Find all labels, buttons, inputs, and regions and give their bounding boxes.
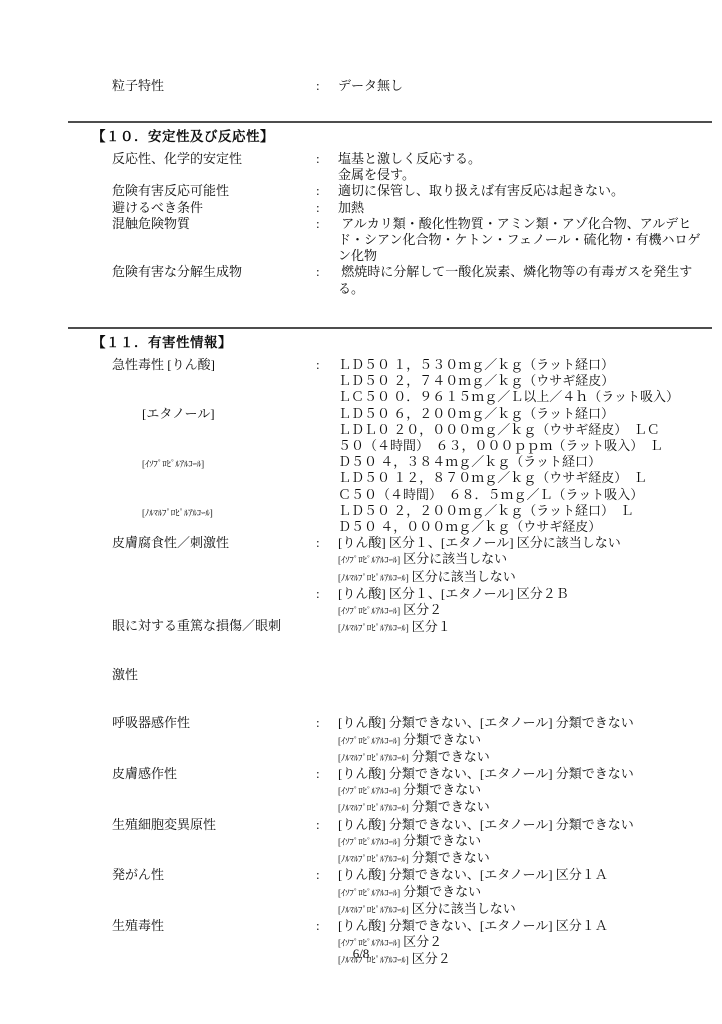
toxicity-value-line: Ｃ５０（４時間） ６８．５ｍｇ／Ｌ（ラット吸入） bbox=[338, 487, 722, 503]
classification-line: [りん酸] 分類できない、[エタノール] 区分１Ａ bbox=[338, 867, 722, 883]
chemical-tag-isopropyl: [ｲｿﾌﾟﾛﾋﾟﾙｱﾙｺｰﾙ] bbox=[338, 888, 400, 898]
toxicity-value-line: ＬＤ５０ １，５３０ｍｇ／ｋｇ（ラット経口） bbox=[338, 357, 722, 373]
classification-text: 区分２ bbox=[400, 602, 442, 617]
toxicity-value-line: ＬＤ５０ １２，８７０ｍｇ／ｋｇ（ウサギ経皮） Ｌ bbox=[338, 470, 722, 486]
respiratory-sensitization-row: 呼吸器感作性 : [りん酸] 分類できない、[エタノール] 分類できない [ｲｿ… bbox=[0, 715, 722, 766]
toxicity-value-line: ＬＤ５０ ２，２００ｍｇ／ｋｇ（ラット経口） Ｌ bbox=[338, 503, 722, 519]
classification-text: 分類できない bbox=[400, 833, 481, 848]
classification-line: [ﾉﾙﾏﾙﾌﾟﾛﾋﾟﾙｱﾙｺｰﾙ] 分類できない bbox=[338, 799, 722, 816]
toxicity-value-line: ５０（４時間） ６３，０００ｐｐｍ（ラット吸入） Ｌ bbox=[338, 438, 722, 454]
classification-text: 分類できない bbox=[409, 850, 490, 865]
row-label: 避けるべき条件 bbox=[112, 200, 316, 216]
colon-separator: : bbox=[316, 715, 338, 731]
skin-sensitization-row: 皮膚感作性 : [りん酸] 分類できない、[エタノール] 分類できない [ｲｿﾌ… bbox=[0, 766, 722, 817]
carcinogenicity-row: 発がん性 : [りん酸] 分類できない、[エタノール] 区分１Ａ [ｲｿﾌﾟﾛﾋ… bbox=[0, 867, 722, 918]
section11-title: 【１１．有害性情報】 bbox=[92, 335, 232, 351]
classification-line: [ﾉﾙﾏﾙﾌﾟﾛﾋﾟﾙｱﾙｺｰﾙ] 分類できない bbox=[338, 850, 722, 867]
sub-label-ethanol: [エタノール] bbox=[142, 406, 215, 422]
chemical-tag-isopropyl: [ｲｿﾌﾟﾛﾋﾟﾙｱﾙｺｰﾙ] bbox=[338, 555, 400, 565]
classification-line: [ﾉﾙﾏﾙﾌﾟﾛﾋﾟﾙｱﾙｺｰﾙ] 区分に該当しない bbox=[338, 569, 722, 586]
row-value: 適切に保管し、取り扱えば有害反応は起きない。 bbox=[338, 183, 722, 199]
classification-line: [ｲｿﾌﾟﾛﾋﾟﾙｱﾙｺｰﾙ] 分類できない bbox=[338, 782, 722, 799]
incompatible-materials-row: 混触危険物質 : アルカリ類・酸化性物質・アミン類・アゾ化合物、アルデヒ ド・シ… bbox=[0, 216, 722, 265]
classification-line: [ﾉﾙﾏﾙﾌﾟﾛﾋﾟﾙｱﾙｺｰﾙ] 分類できない bbox=[338, 749, 722, 766]
sds-document-page: 粒子特性 : データ無し 【１０．安定性及び反応性】 反応性、化学的安定性 : … bbox=[0, 0, 722, 1024]
sub-label-n-propyl-alcohol: [ﾉﾙﾏﾙﾌﾟﾛﾋﾟﾙｱﾙｺｰﾙ] bbox=[142, 505, 213, 521]
chemical-tag-isopropyl: [ｲｿﾌﾟﾛﾋﾟﾙｱﾙｺｰﾙ] bbox=[338, 736, 400, 746]
colon-separator: : bbox=[316, 78, 338, 94]
row-label: 皮膚感作性 bbox=[112, 766, 316, 782]
germ-cell-mutagenicity-row: 生殖細胞変異原性 : [りん酸] 分類できない、[エタノール] 分類できない [… bbox=[0, 817, 722, 868]
classification-text: 区分に該当しない bbox=[409, 569, 516, 584]
chemical-tag-n-propyl: [ﾉﾙﾏﾙﾌﾟﾛﾋﾟﾙｱﾙｺｰﾙ] bbox=[338, 623, 409, 633]
colon-separator: : bbox=[316, 216, 338, 232]
row-value: 金属を侵す。 bbox=[338, 167, 722, 183]
classification-text: 分類できない bbox=[409, 799, 490, 814]
colon-separator: : bbox=[316, 183, 338, 199]
row-label: 混触危険物質 bbox=[112, 216, 316, 232]
chemical-tag-isopropyl: [ｲｿﾌﾟﾛﾋﾟﾙｱﾙｺｰﾙ] bbox=[338, 606, 400, 616]
classification-text: 区分に該当しない bbox=[409, 901, 516, 916]
section-divider bbox=[68, 327, 712, 329]
classification-line: [ｲｿﾌﾟﾛﾋﾟﾙｱﾙｺｰﾙ] 分類できない bbox=[338, 732, 722, 749]
section11-body: 急性毒性 [りん酸] [エタノール] [ｲｿﾌﾟﾛﾋﾟﾙｱﾙｺｰﾙ] [ﾉﾙﾏﾙ… bbox=[0, 357, 722, 969]
colon-separator: : bbox=[316, 535, 338, 551]
row-label: 生殖毒性 bbox=[112, 918, 316, 934]
row-value: 燃焼時に分解して一酸化炭素、燐化物等の有毒ガスを発生す bbox=[338, 264, 722, 280]
classification-text: 区分に該当しない bbox=[400, 551, 507, 566]
row-label: 粒子特性 bbox=[112, 78, 316, 94]
acute-toxicity-labels: 急性毒性 [りん酸] [エタノール] [ｲｿﾌﾟﾛﾋﾟﾙｱﾙｺｰﾙ] [ﾉﾙﾏﾙ… bbox=[112, 357, 316, 454]
classification-text: 分類できない bbox=[409, 749, 490, 764]
classification-line: [ｲｿﾌﾟﾛﾋﾟﾙｱﾙｺｰﾙ] 分類できない bbox=[338, 833, 722, 850]
skin-corrosion-row: 皮膚腐食性／刺激性 : [りん酸] 区分１、[エタノール] 区分に該当しない [… bbox=[0, 535, 722, 586]
toxicity-value-line: ＬＤＬ０ ２０，０００ｍｇ／ｋｇ（ウサギ経皮） ＬＣ bbox=[338, 422, 722, 438]
classification-text: 分類できない bbox=[400, 732, 481, 747]
chemical-tag-isopropyl: [ｲｿﾌﾟﾛﾋﾟﾙｱﾙｺｰﾙ] bbox=[338, 837, 400, 847]
section10-body: 反応性、化学的安定性 : 塩基と激しく反応する。 金属を侵す。 危険有害反応可能… bbox=[0, 151, 722, 297]
toxicity-value-line: ＬＣ５０ ０．９６１５ｍｇ／Ｌ以上／４ｈ（ラット吸入） bbox=[338, 389, 722, 405]
row-label: 急性毒性 [りん酸] bbox=[112, 357, 215, 373]
row-label: 生殖細胞変異原性 bbox=[112, 817, 316, 833]
chemical-tag-n-propyl: [ﾉﾙﾏﾙﾌﾟﾛﾋﾟﾙｱﾙｺｰﾙ] bbox=[338, 573, 409, 583]
colon-separator: : bbox=[316, 586, 338, 602]
chemical-tag-n-propyl: [ﾉﾙﾏﾙﾌﾟﾛﾋﾟﾙｱﾙｺｰﾙ] bbox=[338, 854, 409, 864]
section10-title: 【１０．安定性及び反応性】 bbox=[92, 129, 274, 145]
colon-separator: : bbox=[316, 817, 338, 833]
hazardous-reaction-possibility-row: 危険有害反応可能性 : 適切に保管し、取り扱えば有害反応は起きない。 bbox=[0, 183, 722, 199]
row-label: 危険有害な分解生成物 bbox=[112, 264, 316, 280]
row-value: 加熱 bbox=[338, 200, 722, 216]
colon-separator: : bbox=[316, 200, 338, 216]
classification-line: [りん酸] 分類できない、[エタノール] 分類できない bbox=[338, 715, 722, 731]
row-label: 眼に対する重篤な損傷／眼刺 激性 bbox=[112, 586, 316, 716]
classification-text: 区分１ bbox=[409, 619, 451, 634]
row-value: アルカリ類・酸化性物質・アミン類・アゾ化合物、アルデヒ bbox=[338, 216, 722, 232]
colon-separator: : bbox=[316, 357, 338, 373]
chemical-tag-isopropyl: [ｲｿﾌﾟﾛﾋﾟﾙｱﾙｺｰﾙ] bbox=[338, 786, 400, 796]
classification-line: [りん酸] 分類できない、[エタノール] 分類できない bbox=[338, 817, 722, 833]
colon-separator: : bbox=[316, 264, 338, 280]
classification-line: [ﾉﾙﾏﾙﾌﾟﾛﾋﾟﾙｱﾙｺｰﾙ] 区分１ bbox=[338, 619, 722, 636]
reactivity-row: 反応性、化学的安定性 : 塩基と激しく反応する。 金属を侵す。 bbox=[0, 151, 722, 183]
row-value: ド・シアン化合物・ケトン・フェノール・硫化物・有機ハロゲ bbox=[338, 232, 722, 248]
particle-characteristics-row: 粒子特性 : データ無し bbox=[0, 78, 722, 94]
eye-damage-row: 眼に対する重篤な損傷／眼刺 激性 : [りん酸] 区分１、[エタノール] 区分２… bbox=[0, 586, 722, 716]
row-label: 危険有害反応可能性 bbox=[112, 183, 316, 199]
colon-separator: : bbox=[316, 918, 338, 934]
page-number: 6/8 bbox=[0, 946, 722, 962]
row-label-line2: 激性 bbox=[112, 667, 316, 683]
classification-text: 分類できない bbox=[400, 782, 481, 797]
row-value: ン化物 bbox=[338, 248, 722, 264]
row-value: データ無し bbox=[338, 78, 722, 94]
row-label-line1: 眼に対する重篤な損傷／眼刺 bbox=[112, 618, 316, 634]
row-label: 呼吸器感作性 bbox=[112, 715, 316, 731]
section-divider bbox=[68, 121, 712, 123]
acute-toxicity-row: 急性毒性 [りん酸] [エタノール] [ｲｿﾌﾟﾛﾋﾟﾙｱﾙｺｰﾙ] [ﾉﾙﾏﾙ… bbox=[0, 357, 722, 535]
toxicity-value-line: Ｄ５０ ４，０００ｍｇ／ｋｇ（ウサギ経皮） bbox=[338, 519, 722, 535]
row-value: 塩基と激しく反応する。 bbox=[338, 151, 722, 167]
toxicity-value-line: ＬＤ５０ ２，７４０ｍｇ／ｋｇ（ウサギ経皮） bbox=[338, 373, 722, 389]
row-label: 発がん性 bbox=[112, 867, 316, 883]
chemical-tag-n-propyl: [ﾉﾙﾏﾙﾌﾟﾛﾋﾟﾙｱﾙｺｰﾙ] bbox=[338, 803, 409, 813]
classification-line: [りん酸] 分類できない、[エタノール] 分類できない bbox=[338, 766, 722, 782]
classification-line: [ｲｿﾌﾟﾛﾋﾟﾙｱﾙｺｰﾙ] 区分２ bbox=[338, 602, 722, 619]
toxicity-value-line: Ｄ５０ ４，３８４ｍｇ／ｋｇ（ラット経口） bbox=[338, 454, 722, 470]
chemical-tag-n-propyl: [ﾉﾙﾏﾙﾌﾟﾛﾋﾟﾙｱﾙｺｰﾙ] bbox=[338, 753, 409, 763]
toxicity-value-line: ＬＤ５０ ６，２００ｍｇ／ｋｇ（ラット経口） bbox=[338, 406, 722, 422]
classification-line: [ﾉﾙﾏﾙﾌﾟﾛﾋﾟﾙｱﾙｺｰﾙ] 区分に該当しない bbox=[338, 901, 722, 918]
classification-line: [ｲｿﾌﾟﾛﾋﾟﾙｱﾙｺｰﾙ] 分類できない bbox=[338, 884, 722, 901]
row-value: る。 bbox=[338, 281, 722, 297]
classification-line: [りん酸] 区分１、[エタノール] 区分に該当しない bbox=[338, 535, 722, 551]
classification-line: [りん酸] 分類できない、[エタノール] 区分１Ａ bbox=[338, 918, 722, 934]
chemical-tag-n-propyl: [ﾉﾙﾏﾙﾌﾟﾛﾋﾟﾙｱﾙｺｰﾙ] bbox=[338, 905, 409, 915]
colon-separator: : bbox=[316, 867, 338, 883]
classification-line: [ｲｿﾌﾟﾛﾋﾟﾙｱﾙｺｰﾙ] 区分に該当しない bbox=[338, 551, 722, 568]
classification-text: 分類できない bbox=[400, 884, 481, 899]
classification-line: [りん酸] 区分１、[エタノール] 区分２Ｂ bbox=[338, 586, 722, 602]
row-label: 皮膚腐食性／刺激性 bbox=[112, 535, 316, 551]
colon-separator: : bbox=[316, 766, 338, 782]
colon-separator: : bbox=[316, 151, 338, 167]
hazardous-decomposition-row: 危険有害な分解生成物 : 燃焼時に分解して一酸化炭素、燐化物等の有毒ガスを発生す… bbox=[0, 264, 722, 296]
conditions-to-avoid-row: 避けるべき条件 : 加熱 bbox=[0, 200, 722, 216]
row-label: 反応性、化学的安定性 bbox=[112, 151, 316, 167]
sub-label-isopropyl-alcohol: [ｲｿﾌﾟﾛﾋﾟﾙｱﾙｺｰﾙ] bbox=[142, 456, 204, 472]
